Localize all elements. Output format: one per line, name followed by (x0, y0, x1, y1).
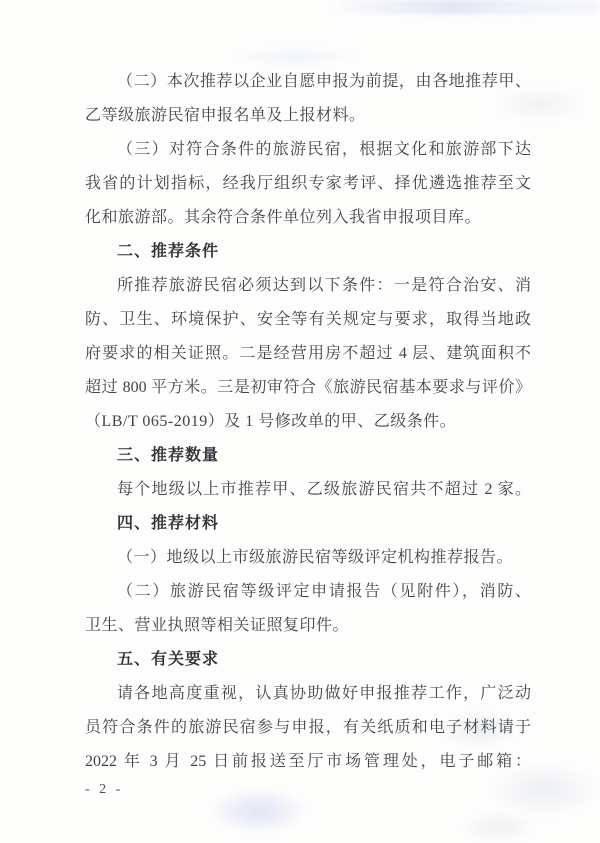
document-line: 超过 800 平方米。三是初审符合《旅游民宿基本要求与评价》 (85, 371, 531, 405)
document-line: 我省的计划指标，经我厅组织专家考评、择优遴选推荐至文 (85, 167, 531, 201)
document-line: （一）地级以上市级旅游民宿等级评定机构推荐报告。 (85, 541, 531, 575)
scan-smudge-top (330, 0, 600, 14)
section-heading: 四、推荐材料 (85, 507, 531, 541)
section-heading: 二、推荐条件 (85, 235, 531, 269)
document-line: 乙等级旅游民宿申报名单及上报材料。 (85, 99, 531, 133)
section-heading: 五、有关要求 (85, 643, 531, 677)
document-line: （二）本次推荐以企业自愿申报为前提，由各地推荐甲、 (85, 65, 531, 99)
document-line: 防、卫生、环境保护、安全等有关规定与要求，取得当地政 (85, 303, 531, 337)
document-line: （LB/T 065-2019）及 1 号修改单的甲、乙级条件。 (85, 405, 531, 439)
scan-smudge-bottom-center (208, 788, 308, 834)
document-line: 员符合条件的旅游民宿参与申报，有关纸质和电子材料请于 (85, 711, 531, 745)
document-line: 请各地高度重视，认真协助做好申报推荐工作，广泛动 (85, 677, 531, 711)
document-line: 所推荐旅游民宿必须达到以下条件：一是符合治安、消 (85, 269, 531, 303)
document-body: （二）本次推荐以企业自愿申报为前提，由各地推荐甲、乙等级旅游民宿申报名单及上报材… (85, 65, 531, 779)
document-line: （二）旅游民宿等级评定申请报告（见附件），消防、 (85, 575, 531, 609)
document-page: （二）本次推荐以企业自愿申报为前提，由各地推荐甲、乙等级旅游民宿申报名单及上报材… (0, 0, 600, 843)
document-line: 化和旅游部。其余符合条件单位列入我省申报项目库。 (85, 201, 531, 235)
document-line: 卫生、营业执照等相关证照复印件。 (85, 609, 531, 643)
document-line: 每个地级以上市推荐甲、乙级旅游民宿共不超过 2 家。 (85, 473, 531, 507)
document-line: 2022 年 3 月 25 日前报送至厅市场管理处，电子邮箱： (85, 745, 531, 779)
page-number: - 2 - (85, 782, 123, 798)
document-line: （三）对符合条件的旅游民宿，根据文化和旅游部下达 (85, 133, 531, 167)
document-line: 府要求的相关证照。二是经营用房不超过 4 层、建筑面积不 (85, 337, 531, 371)
section-heading: 三、推荐数量 (85, 439, 531, 473)
